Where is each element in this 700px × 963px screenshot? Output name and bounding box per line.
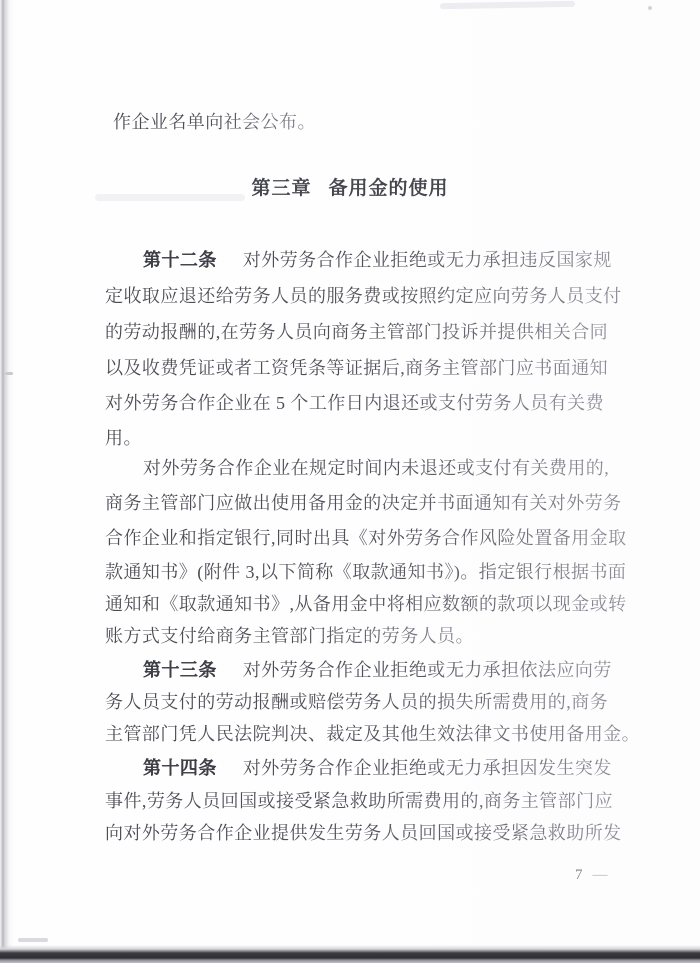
article-number: 第十三条	[143, 660, 217, 680]
body-line: 通知和《取款通知书》,从备用金中将相应数额的款项以现金或转	[105, 592, 627, 616]
scan-smudge	[18, 938, 48, 942]
chapter-number: 第三章	[251, 178, 311, 199]
scan-smudge	[440, 1, 575, 9]
continuation-line: 作企业名单向社会公布。	[113, 110, 316, 134]
body-line: 用。	[105, 426, 142, 450]
body-line: 第十四条对外劳务合作企业拒绝或无力承担因发生突发	[143, 756, 612, 780]
page-number-value: 7	[575, 867, 583, 883]
body-line: 对外劳务合作企业在 5 个工作日内退还或支付劳务人员有关费	[105, 391, 604, 415]
body-line: 务人员支付的劳动报酬或赔偿劳务人员的损失所需费用的,商务	[105, 690, 608, 714]
line-text: 对外劳务合作企业拒绝或无力承担依法应向劳	[243, 660, 612, 680]
body-line: 事件,劳务人员回国或接受紧急救助所需费用的,商务主管部门应	[105, 789, 613, 813]
body-line: 商务主管部门应做出使用备用金的决定并书面通知有关对外劳务	[105, 491, 622, 515]
body-line: 第十二条对外劳务合作企业拒绝或无力承担违反国家规	[143, 248, 612, 272]
scanned-document-page: 作企业名单向社会公布。 第三章备用金的使用 第十二条对外劳务合作企业拒绝或无力承…	[0, 0, 700, 963]
line-text: 对外劳务合作企业拒绝或无力承担违反国家规	[243, 250, 612, 270]
body-line: 的劳动报酬的,在劳务人员向商务主管部门投诉并提供相关合同	[105, 320, 608, 344]
page-number: 7—	[575, 863, 608, 887]
body-line: 账方式支付给商务主管部门指定的劳务人员。	[105, 624, 474, 648]
scan-bottom-edge	[0, 945, 700, 963]
article-number: 第十四条	[143, 758, 217, 778]
body-line: 对外劳务合作企业在规定时间内未退还或支付有关费用的,	[143, 456, 609, 480]
page-number-dash: —	[593, 867, 608, 883]
body-line: 以及收费凭证或者工资凭条等证据后,商务主管部门应书面通知	[105, 356, 608, 380]
body-line: 定收取应退还给劳务人员的服务费或按照约定应向劳务人员支付	[105, 284, 622, 308]
chapter-title: 备用金的使用	[329, 178, 449, 199]
body-line: 主管部门凭人民法院判决、裁定及其他生效法律文书使用备用金。	[105, 722, 640, 746]
chapter-heading: 第三章备用金的使用	[0, 177, 700, 201]
article-number: 第十二条	[143, 250, 217, 270]
body-line: 款通知书》(附件 3,以下简称《取款通知书》)。指定银行根据书面	[105, 560, 626, 584]
body-line: 第十三条对外劳务合作企业拒绝或无力承担依法应向劳	[143, 658, 612, 682]
body-line: 向对外劳务合作企业提供发生劳务人员回国或接受紧急救助所发	[105, 821, 622, 845]
scan-smudge	[648, 6, 652, 10]
line-text: 对外劳务合作企业拒绝或无力承担因发生突发	[243, 758, 612, 778]
body-line: 合作企业和指定银行,同时出具《对外劳务合作风险处置备用金取	[105, 526, 627, 550]
scan-smudge	[5, 372, 13, 375]
